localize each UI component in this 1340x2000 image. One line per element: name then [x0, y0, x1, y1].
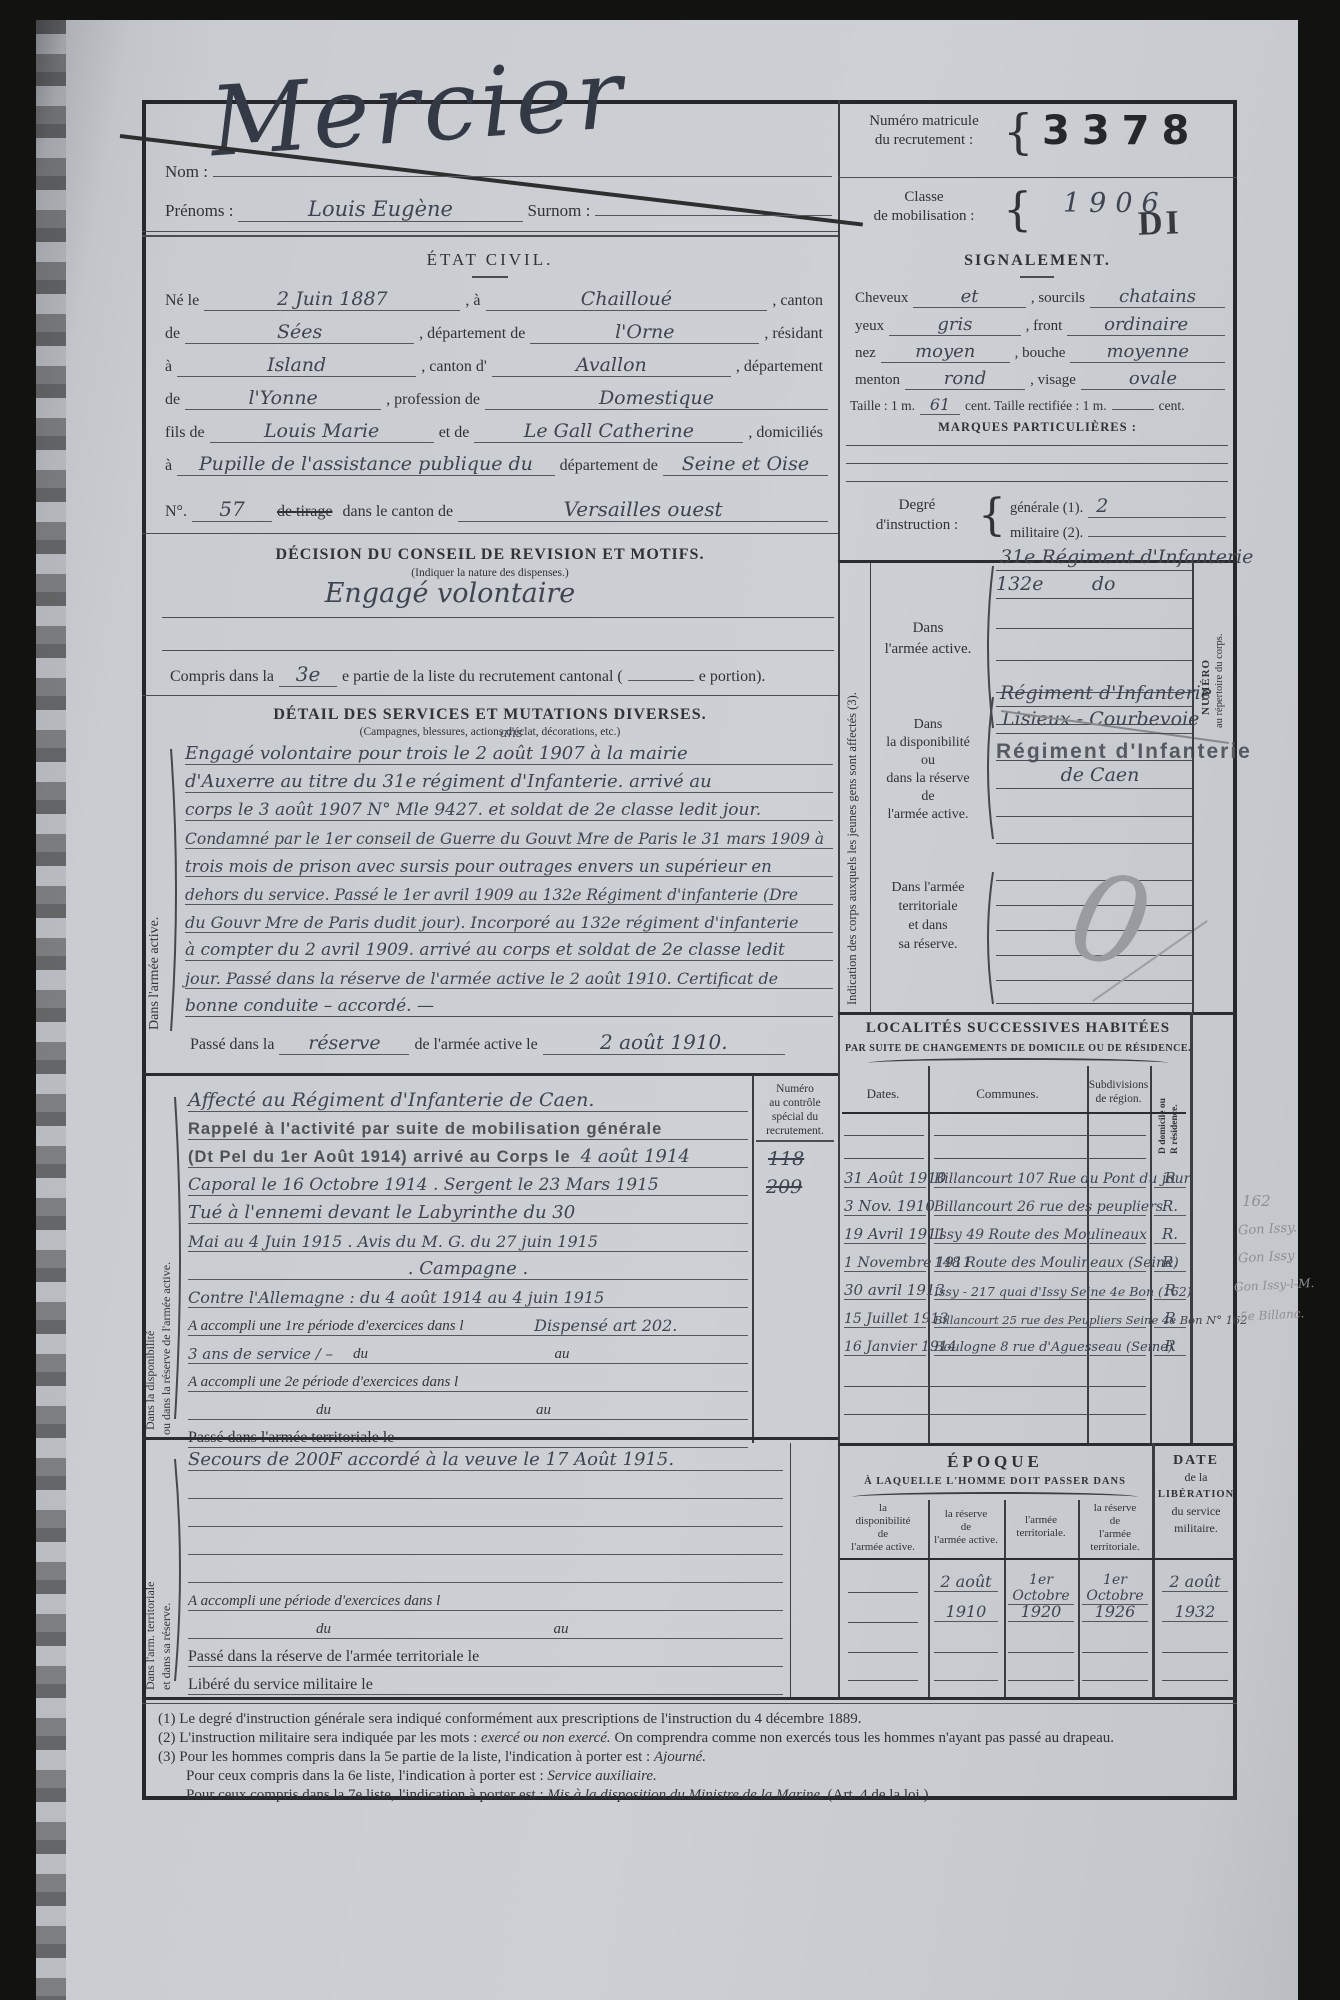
- territoriale-text-block: Secours de 200F accordé à la veuve le 17…: [188, 1443, 783, 1695]
- mobilisation-brace-icon: [172, 1093, 186, 1423]
- controle-number-struck-1: 118: [768, 1148, 804, 1170]
- nez-value: moyen: [881, 341, 1010, 363]
- signalement-title-dash: [1020, 276, 1054, 278]
- cheveux-row: Cheveux et , sourcils chatains: [850, 286, 1225, 308]
- periode-1-line: A accompli une 1re période d'exercices d…: [188, 1308, 748, 1336]
- contre-allemagne-line: Contre l'Allemagne : du 4 août 1914 au 4…: [188, 1280, 748, 1308]
- controle-header-rule: [756, 1140, 834, 1142]
- etat-civil-row-4: de l'Yonne , profession de Domestique: [160, 387, 828, 410]
- fils-de-label: fils de: [165, 424, 205, 442]
- corps-side-label: Indication des corps auxquels les jeunes…: [845, 575, 860, 1005]
- margin-note: Gon Issy: [1238, 1249, 1295, 1267]
- localite-date: 31 Août 1910: [844, 1169, 926, 1188]
- taille-label: Taille : 1 m.: [850, 398, 915, 414]
- canton2-value: Avallon: [492, 354, 731, 377]
- localites-blank-row: [844, 1414, 1146, 1415]
- departement2-label: , département: [736, 358, 823, 376]
- localite-date: 3 Nov. 1910: [844, 1197, 926, 1216]
- father-name-value: Louis Marie: [210, 420, 434, 443]
- de-label: de: [165, 325, 180, 343]
- corps-side-divider: [870, 563, 871, 1013]
- localite-date: 16 Janvier 1914: [844, 1339, 926, 1356]
- corps-active-value-1: 31e Régiment d'Infanterie: [1000, 546, 1253, 568]
- corps-line: [996, 760, 1192, 761]
- ne-le-label: Né le: [165, 292, 199, 310]
- epoque-blank: [1082, 1680, 1148, 1681]
- menton-value: rond: [905, 368, 1025, 390]
- marques-line-3: [846, 481, 1228, 482]
- decision-line-1: [162, 617, 834, 618]
- localite-dr: R: [1154, 1309, 1186, 1328]
- marques-line-1: [846, 445, 1228, 446]
- localite-commune: Billancourt 26 rue des peupliers: [934, 1199, 1146, 1216]
- epoque-value: 2 août: [934, 1572, 998, 1592]
- mother-name-value: Le Gall Catherine: [474, 420, 743, 443]
- epoque-col2-header: la réserve de l'armée active.: [928, 1508, 1004, 1547]
- bouche-label: , bouche: [1015, 345, 1066, 362]
- service-line: jour. Passé dans la réserve de l'armée a…: [185, 961, 833, 989]
- corps-active-value-2: 132e do: [996, 573, 1115, 595]
- du-au-line-2: du au: [188, 1392, 748, 1420]
- epoque-value: 1932: [1162, 1602, 1228, 1622]
- decision-line-2: [162, 650, 834, 651]
- front-label: , front: [1026, 318, 1063, 335]
- localite-dr: R: [1154, 1169, 1186, 1188]
- profession-value: Domestique: [485, 387, 828, 410]
- compris-label-2: e partie de la liste du recrutement cant…: [342, 668, 623, 686]
- epoque-value: 1910: [934, 1602, 998, 1622]
- epoque-value: 2 août: [1162, 1572, 1228, 1592]
- departement3-value: Seine et Oise: [663, 453, 828, 476]
- prenoms-value: Louis Eugène: [238, 197, 522, 222]
- decision-title: DÉCISION DU CONSEIL DE REVISION ET MOTIF…: [142, 546, 838, 564]
- corps-active-label: Dans l'armée active.: [874, 618, 982, 660]
- arrivee-date-value: 4 août 1914: [581, 1146, 690, 1167]
- territoriale-right-limit: [790, 1443, 791, 1697]
- dans-canton-label: dans le canton de: [342, 503, 453, 521]
- guardian-value: Pupille de l'assistance publique du: [177, 453, 555, 476]
- services-title: DÉTAIL DES SERVICES ET MUTATIONS DIVERSE…: [142, 706, 838, 724]
- corps-dispo-value-1: Régiment d'Infanterie: [1000, 682, 1212, 704]
- etat-civil-row-3: à Island , canton d' Avallon , départeme…: [160, 354, 828, 377]
- etat-civil-bottom-rule: [142, 533, 838, 534]
- corps-dispo-value-2: Lisieux - Courbevoie: [1002, 708, 1199, 730]
- localite-commune: Boulogne 8 rue d'Aguesseau (Seine): [934, 1340, 1146, 1356]
- localite-dr: R: [1154, 1337, 1186, 1356]
- epoque-blank: [1008, 1680, 1074, 1681]
- localite-commune: Issy - 217 quai d'Issy Seine 4e Bon (162…: [934, 1284, 1146, 1300]
- epoque-blank: [1162, 1680, 1228, 1681]
- localites-blank-row: [844, 1158, 924, 1159]
- localites-title: LOCALITÉS SUCCESSIVES HABITÉES: [838, 1020, 1198, 1037]
- footnote-2: (2) L'instruction militaire sera indiqué…: [158, 1729, 1228, 1748]
- au-label-2: au: [536, 1402, 551, 1419]
- epoque-blank: [1162, 1652, 1228, 1653]
- arrivee-stamp: (Dt Pel du 1er Août 1914) arrivé au Corp…: [188, 1148, 571, 1167]
- localites-row: 19 Avril 1911 Issy 49 Route des Moulinea…: [844, 1218, 1190, 1244]
- blank-ruled-line: [188, 1527, 783, 1555]
- footnote-4: Pour ceux compris dans la 6e liste, l'in…: [158, 1767, 1228, 1786]
- domicilies-label: , domiciliés: [748, 424, 823, 442]
- departement-value: l'Orne: [530, 321, 759, 344]
- mobilisation-bottom-rule: [142, 1437, 838, 1440]
- epoque-title: ÉPOQUE: [838, 1452, 1152, 1472]
- classe-label: Classe de mobilisation :: [848, 188, 1000, 226]
- etat-civil-row-6: à Pupille de l'assistance publique du dé…: [160, 453, 828, 476]
- localite-date: 30 avril 1913: [844, 1281, 926, 1300]
- service-line: à compter du 2 avril 1909. arrivé au cor…: [185, 933, 833, 961]
- nez-row: nez moyen , bouche moyenne: [850, 341, 1225, 363]
- service-duration-line: 3 ans de service / – du au: [188, 1336, 748, 1364]
- corps-terr-brace-icon: [982, 868, 996, 1008]
- profession-label: , profession de: [386, 391, 480, 409]
- localite-dr: R.: [1154, 1225, 1186, 1244]
- epoque-value: 1er Octobre: [1082, 1572, 1148, 1605]
- localite-commune: Billancourt 25 rue des Peupliers Seine 4…: [934, 1313, 1146, 1328]
- margin-note: Gon Issy.: [1238, 1220, 1298, 1238]
- localite-dr: R.: [1154, 1197, 1186, 1216]
- sourcils-value: chatains: [1090, 286, 1225, 308]
- yeux-row: yeux gris , front ordinaire: [850, 314, 1225, 336]
- service-line: Condamné par le 1er conseil de Guerre du…: [185, 821, 833, 849]
- corps-bottom-rule: [838, 1012, 1237, 1015]
- degre-generale-row: générale (1). 2: [1010, 495, 1226, 518]
- localites-col-dr-2: R résidence.: [1170, 1068, 1180, 1154]
- etat-civil-row-2: de Sées , département de l'Orne , résida…: [160, 321, 828, 344]
- matricule-label: Numéro matricule du recrutement :: [848, 112, 1000, 150]
- epoque-date-header: DATE de la LIBÉRATION du service militai…: [1155, 1452, 1237, 1537]
- corps-line: [996, 733, 1192, 734]
- cheveux-label: Cheveux: [855, 290, 908, 307]
- epoque-col3-header: l'armée territoriale.: [1004, 1514, 1078, 1540]
- localite-commune: Issy 49 Route des Moulineaux: [934, 1227, 1146, 1244]
- service-line: dehors du service. Passé le 1er avril 19…: [185, 877, 833, 905]
- margin-note: 162: [1242, 1192, 1271, 1210]
- header-bottom-rule: [142, 231, 838, 232]
- localite-commune: Billancourt 107 Rue du Pont du jour: [934, 1171, 1146, 1188]
- birth-date-value: 2 Juin 1887: [204, 288, 460, 311]
- periode-1-value: Dispensé art 202.: [464, 1316, 749, 1335]
- canton2-label: , canton d': [421, 358, 487, 376]
- bouche-value: moyenne: [1070, 341, 1225, 363]
- degre-militaire-blank: [1088, 536, 1226, 537]
- yeux-value: gris: [889, 314, 1020, 336]
- header-bottom-rule-2: [142, 235, 838, 237]
- corps-line: [996, 816, 1192, 817]
- degre-militaire-row: militaire (2).: [1010, 525, 1226, 542]
- rappel-stamp-line: Rappelé à l'activité par suite de mobili…: [188, 1112, 748, 1140]
- menton-row: menton rond , visage ovale: [850, 368, 1225, 390]
- corps-line: [996, 570, 1192, 571]
- passe-reserve-row: Passé dans la réserve de l'armée active …: [185, 1030, 785, 1055]
- epoque-header-rule: [840, 1558, 1235, 1560]
- numero-label: N°.: [165, 503, 187, 521]
- etat-civil-title-dash: [472, 276, 508, 278]
- surnom-label: Surnom :: [528, 201, 591, 221]
- taille-rectifiee-label: cent. Taille rectifiée : 1 m.: [965, 398, 1107, 414]
- blank-ruled-line: [188, 1471, 783, 1499]
- localites-blank-row: [844, 1386, 1146, 1387]
- campagne-line: . Campagne .: [188, 1252, 748, 1280]
- corps-line: [996, 706, 1192, 707]
- marques-line-2: [846, 463, 1228, 464]
- departement-residence-value: l'Yonne: [185, 387, 381, 410]
- prenoms-row: Prénoms : Louis Eugène Surnom :: [160, 197, 832, 222]
- passe-date-value: 2 août 1910.: [543, 1030, 785, 1055]
- canton-value: Sées: [185, 321, 414, 344]
- degre-brace: {: [978, 490, 1006, 541]
- nom-row: Nom :: [160, 162, 832, 182]
- localite-dr: R.: [1154, 1253, 1186, 1272]
- service-line: du Gouvr Mre de Paris dudit jour). Incor…: [185, 905, 833, 933]
- territoriale-brace-icon: [172, 1455, 186, 1685]
- cent-label: cent.: [1159, 398, 1185, 414]
- scanned-military-register-page: { "header": { "name_strike": "Mercier", …: [0, 0, 1340, 2000]
- corps-line: [996, 660, 1192, 661]
- localite-date: 19 Avril 1911: [844, 1225, 926, 1244]
- matricule-brace: {: [1003, 104, 1034, 160]
- epoque-top-rule: [838, 1443, 1237, 1446]
- form-bottom-rule-2: [142, 1703, 1237, 1704]
- numero-tirage-value: 57: [192, 497, 272, 522]
- epoque-blank: [848, 1652, 918, 1653]
- controle-column-header: Numéro au contrôle spécial du recrutemen…: [754, 1082, 836, 1138]
- passe-reserve-terr-label: Passé dans la réserve de l'armée territo…: [188, 1648, 479, 1666]
- localites-blank-row: [844, 1135, 924, 1136]
- decision-value: Engagé volontaire: [220, 578, 680, 609]
- footnote-1: (1) Le degré d'instruction générale sera…: [158, 1710, 1228, 1729]
- numero-strip-label-2: au répertoire du corps.: [1214, 568, 1225, 728]
- marques-title: MARQUES PARTICULIÈRES :: [838, 420, 1237, 435]
- du-label: du: [353, 1346, 368, 1363]
- service-line: corps le 3 août 1907 N° Mle 9427. et sol…: [185, 793, 833, 821]
- corps-line: [996, 1003, 1192, 1004]
- epoque-blank: [934, 1652, 998, 1653]
- epoque-blank: [848, 1592, 918, 1593]
- degre-generale-value: 2: [1088, 495, 1226, 518]
- localites-row: 31 Août 1910 Billancourt 107 Rue du Pont…: [844, 1162, 1190, 1188]
- residant-label: , résidant: [764, 325, 823, 343]
- epoque-value: 1926: [1082, 1602, 1148, 1622]
- localites-col-subdiv: Subdivisions de région.: [1087, 1078, 1150, 1106]
- service-line: Engagé volontaire pour trois le 2 août 1…: [185, 737, 833, 765]
- margin-note: Gon Issy-l-M.: [1234, 1276, 1315, 1294]
- periode-1-label: A accompli une 1re période d'exercices d…: [188, 1318, 464, 1335]
- a-label: , à: [465, 292, 480, 310]
- signalement-title: SIGNALEMENT.: [838, 252, 1237, 270]
- avis-line: Mai au 4 Juin 1915 . Avis du M. G. du 27…: [188, 1224, 748, 1252]
- epoque-blank: [848, 1622, 918, 1623]
- service-line: bonne conduite – accordé. —: [185, 989, 833, 1017]
- corps-dispo-label: Dans la disponibilité ou dans la réserve…: [874, 716, 982, 824]
- localites-blank-row: [934, 1158, 1146, 1159]
- passe-label: Passé dans la: [190, 1036, 274, 1054]
- secours-line: Secours de 200F accordé à la veuve le 17…: [188, 1443, 783, 1471]
- di-stamp: DI: [1137, 204, 1182, 244]
- localites-col-dates: Dates.: [838, 1086, 928, 1102]
- portion-blank-line: [628, 680, 694, 681]
- corps-dispo-stamp-hw: de Caen: [1030, 764, 1170, 786]
- corps-line: [996, 628, 1192, 629]
- corps-terr-label: Dans l'armée territoriale et dans sa rés…: [874, 878, 982, 954]
- birth-place-value: Chailloué: [486, 288, 768, 311]
- blank-ruled-line: [188, 1555, 783, 1583]
- inserted-word-ans: ans: [500, 726, 523, 741]
- degre-militaire-label: militaire (2).: [1010, 525, 1083, 542]
- periode-2-label: A accompli une 2e période d'exercices da…: [188, 1374, 458, 1391]
- canton-tirage-value: Versailles ouest: [458, 497, 828, 522]
- epoque-blank: [1008, 1652, 1074, 1653]
- taille-row: Taille : 1 m. 61 cent. Taille rectifiée …: [850, 395, 1228, 415]
- localite-date: 15 Juillet 1913: [844, 1311, 926, 1328]
- residence-value: Island: [177, 354, 416, 377]
- canton-label: , canton: [772, 292, 823, 310]
- de-tirage-struck-label: de tirage: [277, 503, 333, 521]
- compris-value: 3e: [279, 662, 337, 687]
- services-brace-icon: [168, 745, 182, 1035]
- epoque-blank: [848, 1680, 918, 1681]
- etat-civil-row-1: Né le 2 Juin 1887 , à Chailloué , canton: [160, 288, 828, 311]
- localites-row: 15 Juillet 1913 Billancourt 25 rue des P…: [844, 1302, 1190, 1328]
- a2-label: à: [165, 358, 172, 376]
- localites-row: 30 avril 1913 Issy - 217 quai d'Issy Sei…: [844, 1274, 1190, 1300]
- nez-label: nez: [855, 345, 876, 362]
- armee-active-le-label: de l'armée active le: [414, 1036, 537, 1054]
- localite-dr: R: [1154, 1281, 1186, 1300]
- mobilisation-side-label-1: Dans la disponibilité: [143, 1100, 158, 1430]
- corps-line: [996, 598, 1192, 599]
- services-blank-line: [185, 1016, 833, 1017]
- et-de-label: et de: [439, 424, 470, 442]
- du-terr-label: du: [316, 1621, 331, 1638]
- services-text-block: Engagé volontaire pour trois le 2 août 1…: [185, 737, 833, 1017]
- yeux-label: yeux: [855, 318, 884, 335]
- numero-tirage-row: N°. 57 de tirage dans le canton de Versa…: [160, 497, 828, 522]
- periode-terr-label: A accompli une période d'exercices dans …: [188, 1593, 440, 1610]
- localite-commune: 148 Route des Moulineaux (Seine): [934, 1255, 1146, 1272]
- grades-line: Caporal le 16 Octobre 1914 . Sergent le …: [188, 1168, 748, 1196]
- de2-label: de: [165, 391, 180, 409]
- localites-row: 1 Novembre 1911 148 Route des Moulineaux…: [844, 1246, 1190, 1272]
- sourcils-label: , sourcils: [1031, 290, 1085, 307]
- localites-blank-row: [934, 1135, 1146, 1136]
- arrivee-corps-line: (Dt Pel du 1er Août 1914) arrivé au Corp…: [188, 1140, 748, 1168]
- localites-row: 16 Janvier 1914 Boulogne 8 rue d'Aguesse…: [844, 1330, 1190, 1356]
- corps-dispo-brace-icon: [982, 693, 996, 843]
- cheveux-value: et: [913, 286, 1026, 308]
- localites-col-divider-4: [1190, 1012, 1193, 1443]
- localites-header-brace: [868, 1058, 1168, 1068]
- blank-ruled-line: [188, 1499, 783, 1527]
- nom-label: Nom :: [165, 162, 208, 182]
- degre-label: Degré d'instruction :: [862, 495, 972, 535]
- classe-brace: {: [1003, 182, 1032, 236]
- prenoms-label: Prénoms :: [165, 201, 233, 221]
- departement3-label: département de: [560, 457, 658, 475]
- form-bottom-rule-1: [142, 1697, 1237, 1700]
- epoque-value: 1920: [1008, 1602, 1074, 1622]
- taille-value: 61: [920, 395, 960, 415]
- tue-ennemi-line: Tué à l'ennemi devant le Labyrinthe du 3…: [188, 1196, 748, 1224]
- epoque-col4-header: la réserve de l'armée territoriale.: [1078, 1502, 1152, 1554]
- binding-torn-edge: [36, 20, 66, 2000]
- numero-strip-label-1: NUMÉRO: [1200, 575, 1212, 715]
- footnote-5: Pour ceux compris dans la 7e liste, l'in…: [158, 1786, 1228, 1805]
- footnote-3: (3) Pour les hommes compris dans la 5e p…: [158, 1748, 1228, 1767]
- etat-civil-row-5: fils de Louis Marie et de Le Gall Cather…: [160, 420, 828, 443]
- du-label-2: du: [316, 1402, 331, 1419]
- localites-subtitle: PAR SUITE DE CHANGEMENTS DE DOMICILE OU …: [838, 1043, 1198, 1054]
- decision-bottom-rule: [142, 695, 838, 696]
- departement-label: , département de: [419, 325, 525, 343]
- libere-line: Libéré du service militaire le: [188, 1667, 783, 1695]
- services-side-label: Dans l'armée active.: [147, 730, 163, 1030]
- mobilisation-text-block: Affecté au Régiment d'Infanterie de Caen…: [188, 1084, 748, 1448]
- etat-civil-title: ÉTAT CIVIL.: [142, 250, 838, 270]
- du-au-terr-line: du au: [188, 1611, 783, 1639]
- localites-header-rule: [842, 1112, 1186, 1114]
- epoque-col1-header: la disponibilité de l'armée active.: [838, 1502, 928, 1554]
- epoque-subtitle: À LAQUELLE L'HOMME DOIT PASSER DANS: [838, 1476, 1152, 1487]
- service-duration-value: 3 ans de service / –: [188, 1345, 333, 1363]
- epoque-blank: [934, 1680, 998, 1681]
- controle-number-struck-2: 209: [766, 1176, 802, 1198]
- visage-label: , visage: [1030, 372, 1076, 389]
- compris-label: Compris dans la: [170, 668, 274, 686]
- service-line: d'Auxerre au titre du 31e régiment d'Inf…: [185, 765, 833, 793]
- periode-2-line: A accompli une 2e période d'exercices da…: [188, 1364, 748, 1392]
- territoriale-side-label-1: Dans l'arm. territoriale: [143, 1460, 158, 1690]
- libere-label: Libéré du service militaire le: [188, 1676, 373, 1694]
- corps-line: [996, 788, 1192, 789]
- localites-col-dr-1: D domicile ou: [1158, 1068, 1168, 1154]
- epoque-value: 1er Octobre: [1008, 1572, 1074, 1605]
- menton-label: menton: [855, 372, 900, 389]
- affectation-line: Affecté au Régiment d'Infanterie de Caen…: [188, 1084, 748, 1112]
- passe-reserve-value: réserve: [279, 1032, 409, 1055]
- au-terr-label: au: [554, 1621, 569, 1638]
- periode-terr-line: A accompli une période d'exercices dans …: [188, 1583, 783, 1611]
- epoque-header-brace: [852, 1492, 1138, 1502]
- localites-row: 3 Nov. 1910 Billancourt 26 rue des peupl…: [844, 1190, 1190, 1216]
- degre-generale-label: générale (1).: [1010, 500, 1083, 517]
- matricule-rule: [838, 177, 1237, 178]
- numero-strip-divider: [1192, 563, 1194, 1013]
- localite-date: 1 Novembre 1911: [844, 1255, 926, 1272]
- matricule-value: 3378: [1042, 108, 1201, 154]
- corps-line: [996, 843, 1192, 844]
- compris-row: Compris dans la 3e e partie de la liste …: [165, 662, 830, 687]
- epoque-blank: [1082, 1652, 1148, 1653]
- services-bottom-rule: [142, 1073, 838, 1076]
- taille-rectifiee-blank: [1112, 409, 1154, 410]
- au-label: au: [555, 1346, 570, 1363]
- visage-value: ovale: [1081, 368, 1225, 390]
- a3-label: à: [165, 457, 172, 475]
- portion-label: e portion).: [699, 668, 766, 686]
- footnotes: (1) Le degré d'instruction générale sera…: [158, 1710, 1228, 1805]
- passe-reserve-terr-line: Passé dans la réserve de l'armée territo…: [188, 1639, 783, 1667]
- localites-col-communes: Communes.: [928, 1086, 1087, 1102]
- front-value: ordinaire: [1067, 314, 1225, 336]
- surnom-value-line: [595, 215, 832, 216]
- nom-value-line: [213, 176, 832, 177]
- service-line: trois mois de prison avec sursis pour ou…: [185, 849, 833, 877]
